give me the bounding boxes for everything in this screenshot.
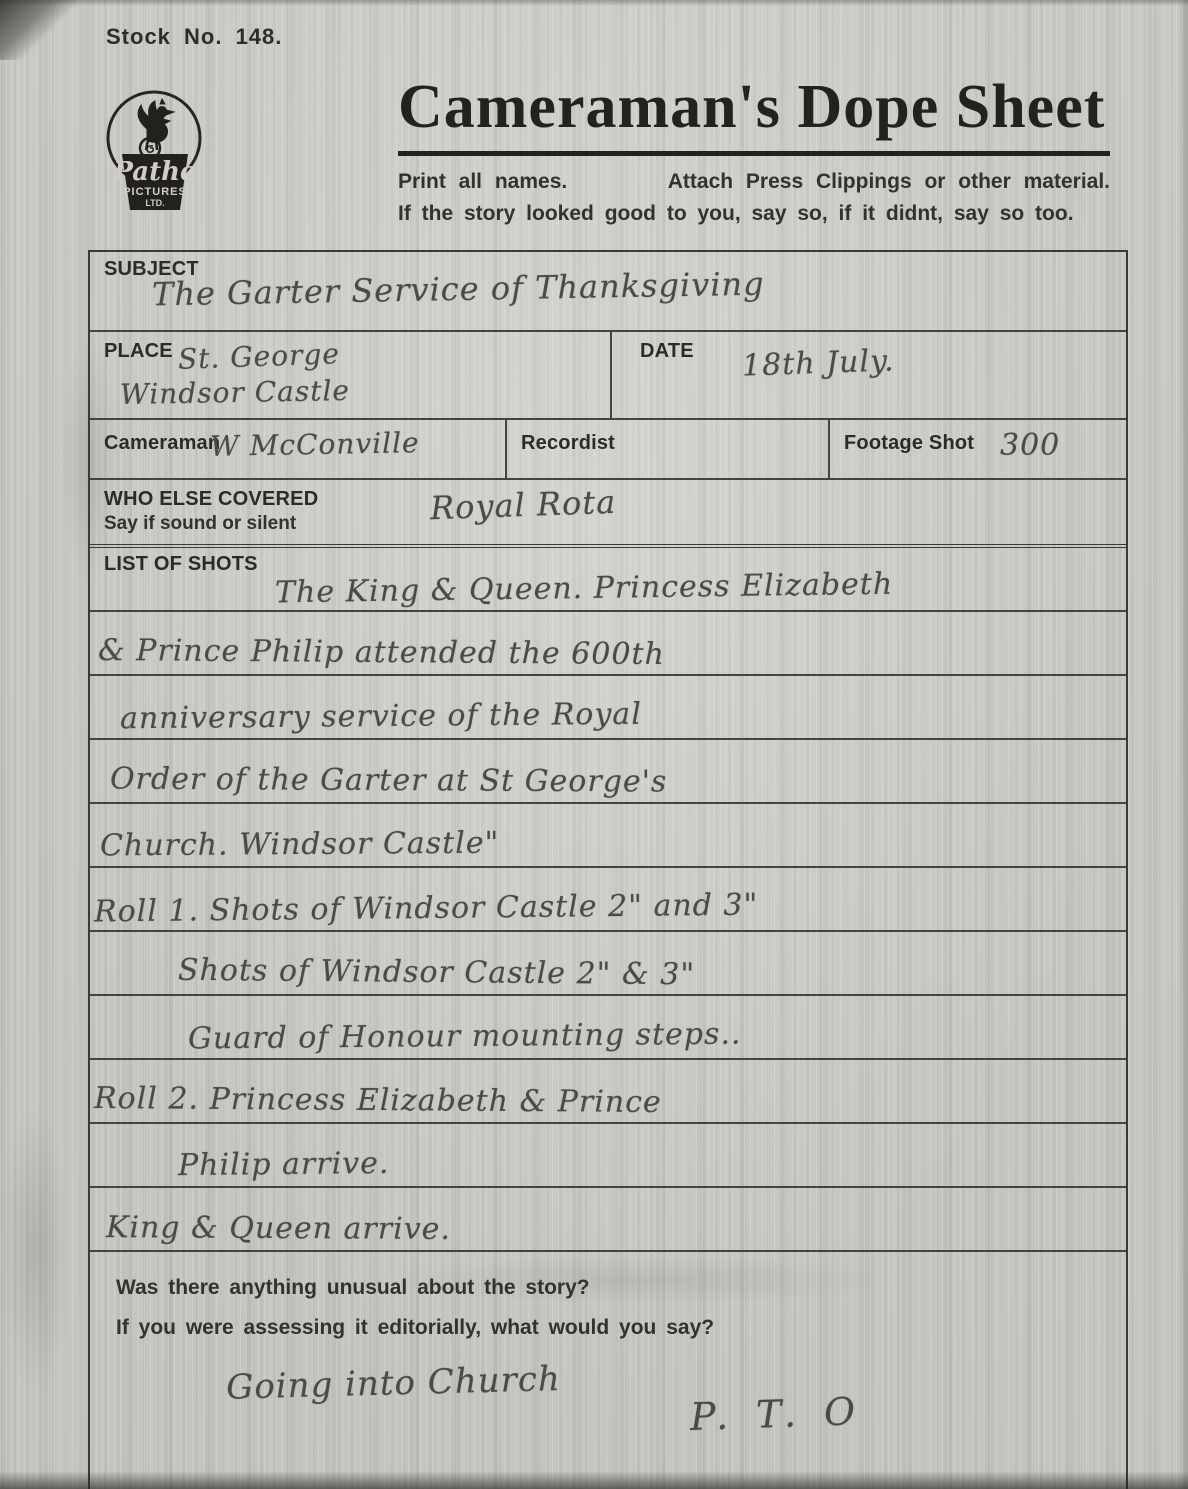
date-value: 18th July. bbox=[741, 343, 895, 383]
instructions-line1-right: Attach Press Clippings or other material… bbox=[668, 170, 1110, 194]
question-editorial: If you were assessing it editorially, wh… bbox=[116, 1316, 1126, 1340]
shot-line: anniversary service of the Royal bbox=[120, 697, 642, 737]
who-else-row: WHO ELSE COVERED Say if sound or silent … bbox=[90, 480, 1126, 548]
cameraman-label: Cameraman bbox=[104, 432, 220, 454]
shot-row: & Prince Philip attended the 600th bbox=[90, 612, 1126, 676]
shot-line: Order of the Garter at St George's bbox=[110, 762, 668, 800]
scan-edge-right bbox=[1178, 0, 1188, 1489]
shot-line: Guard of Honour mounting steps.. bbox=[188, 1017, 742, 1057]
question-unusual: Was there anything unusual about the sto… bbox=[116, 1276, 1126, 1300]
cameraman-cell: Cameraman W McConville bbox=[90, 420, 507, 478]
shot-line: Shots of Windsor Castle 2" & 3" bbox=[178, 953, 695, 993]
subject-value: The Garter Service of Thanksgiving bbox=[152, 265, 765, 314]
editorial-answer: Going into Church bbox=[226, 1344, 1127, 1408]
place-date-row: PLACE St. George Windsor Castle DATE 18t… bbox=[90, 332, 1126, 420]
pto-note: P. T. O bbox=[689, 1389, 864, 1439]
shot-line: The King & Queen. Princess Elizabeth bbox=[275, 567, 894, 611]
shot-row: Roll 1. Shots of Windsor Castle 2" and 3… bbox=[90, 868, 1126, 932]
shot-line: Church. Windsor Castle" bbox=[100, 826, 500, 864]
list-of-shots-label: LIST OF SHOTS bbox=[104, 553, 258, 576]
shot-line: King & Queen arrive. bbox=[106, 1210, 451, 1247]
shot-line: Roll 2. Princess Elizabeth & Prince bbox=[94, 1081, 662, 1120]
pathe-rooster-logo: Pathe PICTURES LTD. bbox=[100, 88, 212, 220]
logo-brand-text: Pathe bbox=[112, 157, 196, 187]
form-box: SUBJECT The Garter Service of Thanksgivi… bbox=[88, 250, 1128, 1489]
instructions-line1-left: Print all names. bbox=[398, 170, 567, 194]
list-of-shots-section: LIST OF SHOTS The King & Queen. Princess… bbox=[90, 548, 1126, 1252]
date-label: DATE bbox=[640, 340, 694, 362]
page-title: Cameraman's Dope Sheet bbox=[398, 72, 1110, 143]
scan-edge-bottom bbox=[0, 1471, 1188, 1489]
place-value-line1: St. George bbox=[177, 337, 340, 376]
recordist-label: Recordist bbox=[521, 432, 615, 454]
logo-sub2-text: LTD. bbox=[145, 198, 164, 208]
questions-section: Was there anything unusual about the sto… bbox=[90, 1252, 1126, 1396]
who-else-value: Royal Rota bbox=[429, 483, 616, 527]
shot-row: Church. Windsor Castle" bbox=[90, 804, 1126, 868]
title-rule bbox=[398, 151, 1110, 156]
crew-row: Cameraman W McConville Recordist Footage… bbox=[90, 420, 1126, 480]
shot-row: Philip arrive. bbox=[90, 1124, 1126, 1188]
footage-cell: Footage Shot 300 bbox=[830, 420, 1126, 478]
shot-line: Philip arrive. bbox=[178, 1146, 390, 1183]
dope-sheet-page: Stock No. 148. Pathe PICTURES LTD. Camer… bbox=[0, 0, 1188, 1489]
shot-row: Guard of Honour mounting steps.. bbox=[90, 996, 1126, 1060]
shot-row: Roll 2. Princess Elizabeth & Prince bbox=[90, 1060, 1126, 1124]
shot-row: Shots of Windsor Castle 2" & 3" bbox=[90, 932, 1126, 996]
place-cell: PLACE St. George Windsor Castle bbox=[90, 332, 612, 418]
shot-row: King & Queen arrive. bbox=[90, 1188, 1126, 1252]
footage-label: Footage Shot bbox=[844, 432, 974, 454]
footage-value: 300 bbox=[1000, 428, 1060, 463]
shot-row: Order of the Garter at St George's bbox=[90, 740, 1126, 804]
paper-smudge bbox=[0, 1100, 70, 1400]
date-cell: DATE 18th July. bbox=[612, 332, 1126, 418]
shot-line: Roll 1. Shots of Windsor Castle 2" and 3… bbox=[94, 888, 759, 930]
instructions-line2: If the story looked good to you, say so,… bbox=[398, 202, 1110, 226]
recordist-cell: Recordist bbox=[507, 420, 830, 478]
place-label: PLACE bbox=[104, 340, 173, 362]
shot-row: anniversary service of the Royal bbox=[90, 676, 1126, 740]
cameraman-value: W McConville bbox=[210, 426, 420, 463]
scan-edge-top bbox=[0, 0, 1188, 6]
shot-row: LIST OF SHOTS The King & Queen. Princess… bbox=[90, 548, 1126, 612]
shot-line: & Prince Philip attended the 600th bbox=[98, 633, 665, 672]
logo-sub1-text: PICTURES bbox=[123, 186, 187, 198]
subject-row: SUBJECT The Garter Service of Thanksgivi… bbox=[90, 252, 1126, 332]
scan-fold-corner bbox=[0, 0, 78, 60]
place-value-line2: Windsor Castle bbox=[120, 374, 351, 411]
stock-number: Stock No. 148. bbox=[106, 24, 282, 50]
